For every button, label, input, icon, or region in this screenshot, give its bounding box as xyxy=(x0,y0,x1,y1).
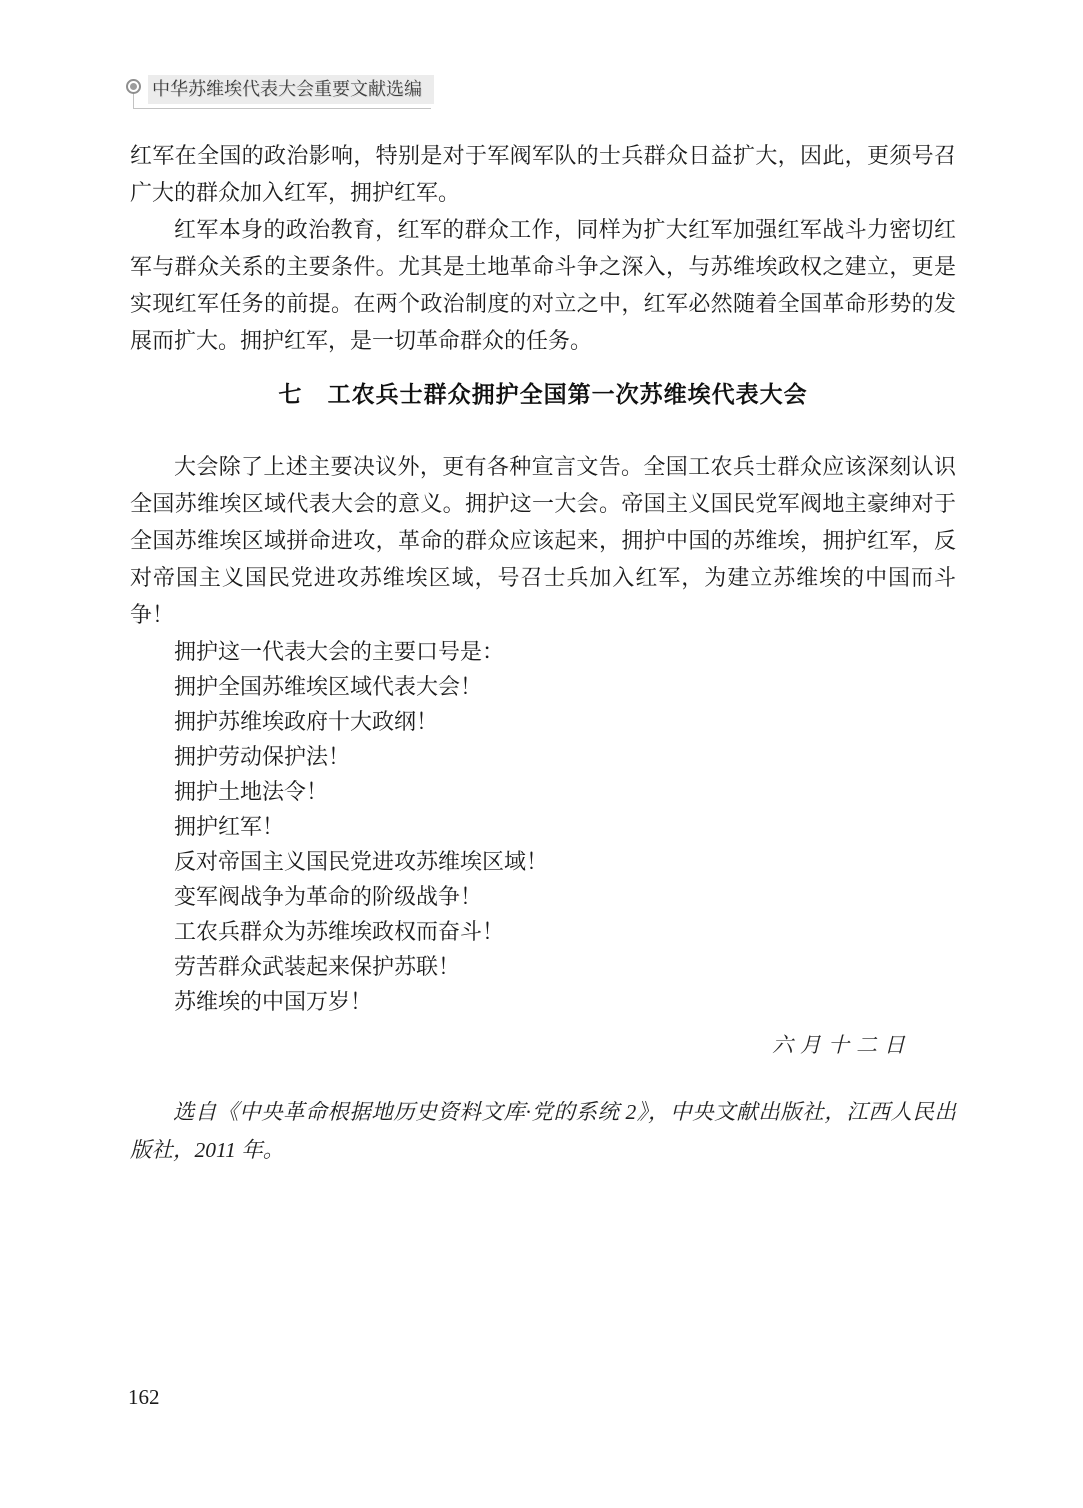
page-number: 162 xyxy=(128,1384,160,1410)
slogan-line-4: 拥护土地法令！ xyxy=(130,774,956,809)
slogan-line-9: 劳苦群众武装起来保护苏联！ xyxy=(130,949,956,984)
slogan-line-1: 拥护全国苏维埃区域代表大会！ xyxy=(130,669,956,704)
slogan-line-6: 反对帝国主义国民党进攻苏维埃区域！ xyxy=(130,844,956,879)
paragraph-red-army-influence: 红军在全国的政治影响，特别是对于军阀军队的士兵群众日益扩大，因此，更须号召广大的… xyxy=(130,137,956,211)
running-header: 中华苏维埃代表大会重要文献选编 xyxy=(126,75,446,111)
slogan-line-7: 变军阀战争为革命的阶级战争！ xyxy=(130,879,956,914)
section-number: 七 xyxy=(278,381,302,407)
paragraph-congress-declarations: 大会除了上述主要决议外，更有各种宣言文告。全国工农兵士群众应该深刻认识全国苏维埃… xyxy=(130,448,956,633)
header-connector-line xyxy=(133,92,134,108)
slogan-line-5: 拥护红军！ xyxy=(130,809,956,844)
header-underline xyxy=(133,108,431,109)
section-title: 工农兵士群众拥护全国第一次苏维埃代表大会 xyxy=(328,381,808,407)
paragraph-red-army-education: 红军本身的政治教育，红军的群众工作，同样为扩大红军加强红军战斗力密切红军与群众关… xyxy=(130,211,956,359)
slogan-intro: 拥护这一代表大会的主要口号是： xyxy=(130,634,956,669)
slogan-list: 拥护这一代表大会的主要口号是： 拥护全国苏维埃区域代表大会！ 拥护苏维埃政府十大… xyxy=(130,634,956,1019)
slogan-line-8: 工农兵群众为苏维埃政权而奋斗！ xyxy=(130,914,956,949)
source-attribution: 选自《中央革命根据地历史资料文库·党的系统 2》，中央文献出版社，江西人民出版社… xyxy=(130,1093,956,1169)
slogan-line-3: 拥护劳动保护法！ xyxy=(130,739,956,774)
slogan-line-10: 苏维埃的中国万岁！ xyxy=(130,984,956,1019)
document-body: 红军在全国的政治影响，特别是对于军阀军队的士兵群众日益扩大，因此，更须号召广大的… xyxy=(130,137,956,1169)
book-title: 中华苏维埃代表大会重要文献选编 xyxy=(148,75,434,104)
section-heading-spacer xyxy=(130,410,956,448)
document-date: 六月十二日 xyxy=(130,1029,956,1061)
radio-bullet-icon xyxy=(126,79,141,94)
book-page: 中华苏维埃代表大会重要文献选编 红军在全国的政治影响，特别是对于军阀军队的士兵群… xyxy=(0,0,1083,1508)
slogan-line-2: 拥护苏维埃政府十大政纲！ xyxy=(130,704,956,739)
section-heading: 七工农兵士群众拥护全国第一次苏维埃代表大会 xyxy=(130,378,956,410)
